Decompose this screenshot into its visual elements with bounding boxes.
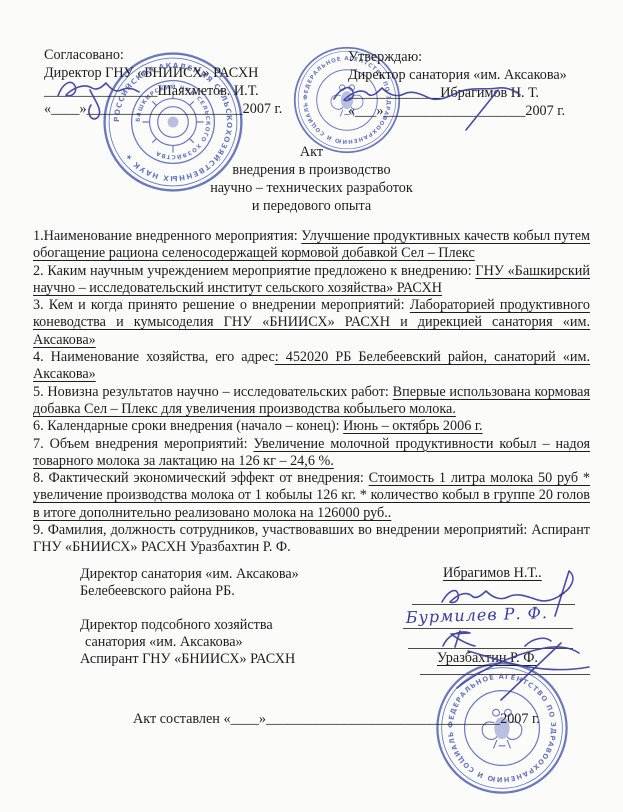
item-8: 8. Фактический экономический эффект от в… <box>33 470 590 522</box>
item-8-label: 8. Фактический экономический эффект от в… <box>33 470 369 486</box>
item-9-label: 9. Фамилия, должность сотрудников, участ… <box>33 522 590 555</box>
title-line-4: и передового опыта <box>0 197 623 215</box>
handwritten-name-text: Бурмилев Р. Ф. <box>404 603 548 627</box>
date-line: ____________________ <box>383 103 525 119</box>
agreed-name: Шаяхметов. И.Т. <box>158 83 259 99</box>
signatory-name-urazbakhtin: Уразбахтин Р. Ф. <box>437 650 538 666</box>
item-7-label: 7. Объем внедрения мероприятий: <box>33 436 254 452</box>
spacer <box>80 600 410 617</box>
item-3-label: 3. Кем и когда принято решение о внедрен… <box>33 297 410 313</box>
signature-rule <box>403 628 573 629</box>
signatory-name-ibragimov: Ибрагимов Н.Т.. <box>443 565 542 581</box>
item-1: 1.Наименование внедренного мероприятия: … <box>33 228 590 263</box>
approved-block: Утверждаю: Директор санатория «им. Аксак… <box>348 48 567 120</box>
item-2: 2. Каким научным учреждением мероприятие… <box>33 263 590 298</box>
signatory-role: санатория «им. Аксакова» <box>80 634 410 651</box>
item-3: 3. Кем и когда принято решение о внедрен… <box>33 297 590 349</box>
item-4: 4. Наименование хозяйства, его адрес: 45… <box>33 349 590 384</box>
signatory-role: Директор подсобного хозяйства <box>80 617 410 634</box>
agreed-sign-row: ________________Шаяхметов. И.Т. <box>44 82 282 100</box>
signatory-name-text: Уразбахтин Р. Ф. <box>437 650 538 666</box>
approved-year: 2007 г. <box>525 103 565 119</box>
act-drawn-up-row: Акт составлен «____»____________________… <box>133 710 540 728</box>
scanned-act-document: РОССИЙСКАЯ АКАДЕМИЯ СЕЛЬСКОХОЗЯЙСТВЕННЫХ… <box>0 0 623 812</box>
round-stamp-bottom: ФЕДЕРАЛЬНОЕ АГЕНТСТВО ПО ЗДРАВООХРАНЕНИЮ… <box>434 660 570 796</box>
signature-rule <box>420 674 590 675</box>
footer-year: 2007 г. <box>500 711 540 727</box>
date-line: ______________________ <box>87 101 243 117</box>
item-4-label: 4. Наименование хозяйства, его адрес <box>33 349 275 365</box>
approved-name: Ибрагимов Н. Т. <box>440 85 539 101</box>
date-quotes: «____» <box>44 101 87 117</box>
item-6-value: Июнь – октябрь 2006 г. <box>343 418 482 434</box>
signature-line: _____________ <box>348 85 440 101</box>
signature-monogram <box>443 631 475 647</box>
item-6-label: 6. Календарные сроки внедрения (начало –… <box>33 418 343 434</box>
document-title: Акт внедрения в производство научно – те… <box>0 143 623 215</box>
item-9: 9. Фамилия, должность сотрудников, участ… <box>33 522 590 557</box>
approved-date-row: «___»____________________2007 г. <box>348 102 567 120</box>
item-5: 5. Новизна результатов научно – исследов… <box>33 384 590 419</box>
agreed-date-row: «____»______________________2007 г. <box>44 100 282 118</box>
approved-sign-row: _____________Ибрагимов Н. Т. <box>348 84 567 102</box>
signatory-role: Белебеевского района РБ. <box>80 583 410 600</box>
signatory-role: Директор санатория «им. Аксакова» <box>80 566 410 583</box>
act-body: 1.Наименование внедренного мероприятия: … <box>33 228 590 557</box>
agreed-role: Директор ГНУ «БНИИСХ» РАСХН <box>44 64 282 82</box>
item-6: 6. Календарные сроки внедрения (начало –… <box>33 418 590 435</box>
date-quotes: «___» <box>348 103 383 119</box>
item-5-label: 5. Новизна результатов научно – исследов… <box>33 384 393 400</box>
signature-rule <box>412 604 575 605</box>
act-drawn-up-label: Акт составлен «____» <box>133 711 266 727</box>
item-7: 7. Объем внедрения мероприятий: Увеличен… <box>33 436 590 471</box>
item-1-label: 1.Наименование внедренного мероприятия: <box>33 228 301 244</box>
signatory-name-text: Ибрагимов Н.Т.. <box>443 565 542 581</box>
item-2-label: 2. Каким научным учреждением мероприятие… <box>33 263 475 279</box>
signatories-left-column: Директор санатория «им. Аксакова» Белебе… <box>80 566 410 668</box>
title-line-1: Акт <box>0 143 623 161</box>
signature-line: ________________ <box>44 83 158 99</box>
title-line-2: внедрения в производство <box>0 161 623 179</box>
title-line-3: научно – технических разработок <box>0 179 623 197</box>
agreed-label: Согласовано: <box>44 46 282 64</box>
agreed-block: Согласовано: Директор ГНУ «БНИИСХ» РАСХН… <box>44 46 282 118</box>
agreed-year: 2007 г. <box>243 101 283 117</box>
approved-label: Утверждаю: <box>348 48 567 66</box>
footer-fill-line: _________________________________ <box>266 711 500 727</box>
signature-rule <box>408 648 573 649</box>
signatory-role: Аспирант ГНУ «БНИИСХ» РАСХН <box>80 651 410 668</box>
approved-role: Директор санатория «им. Аксакова» <box>348 66 567 84</box>
